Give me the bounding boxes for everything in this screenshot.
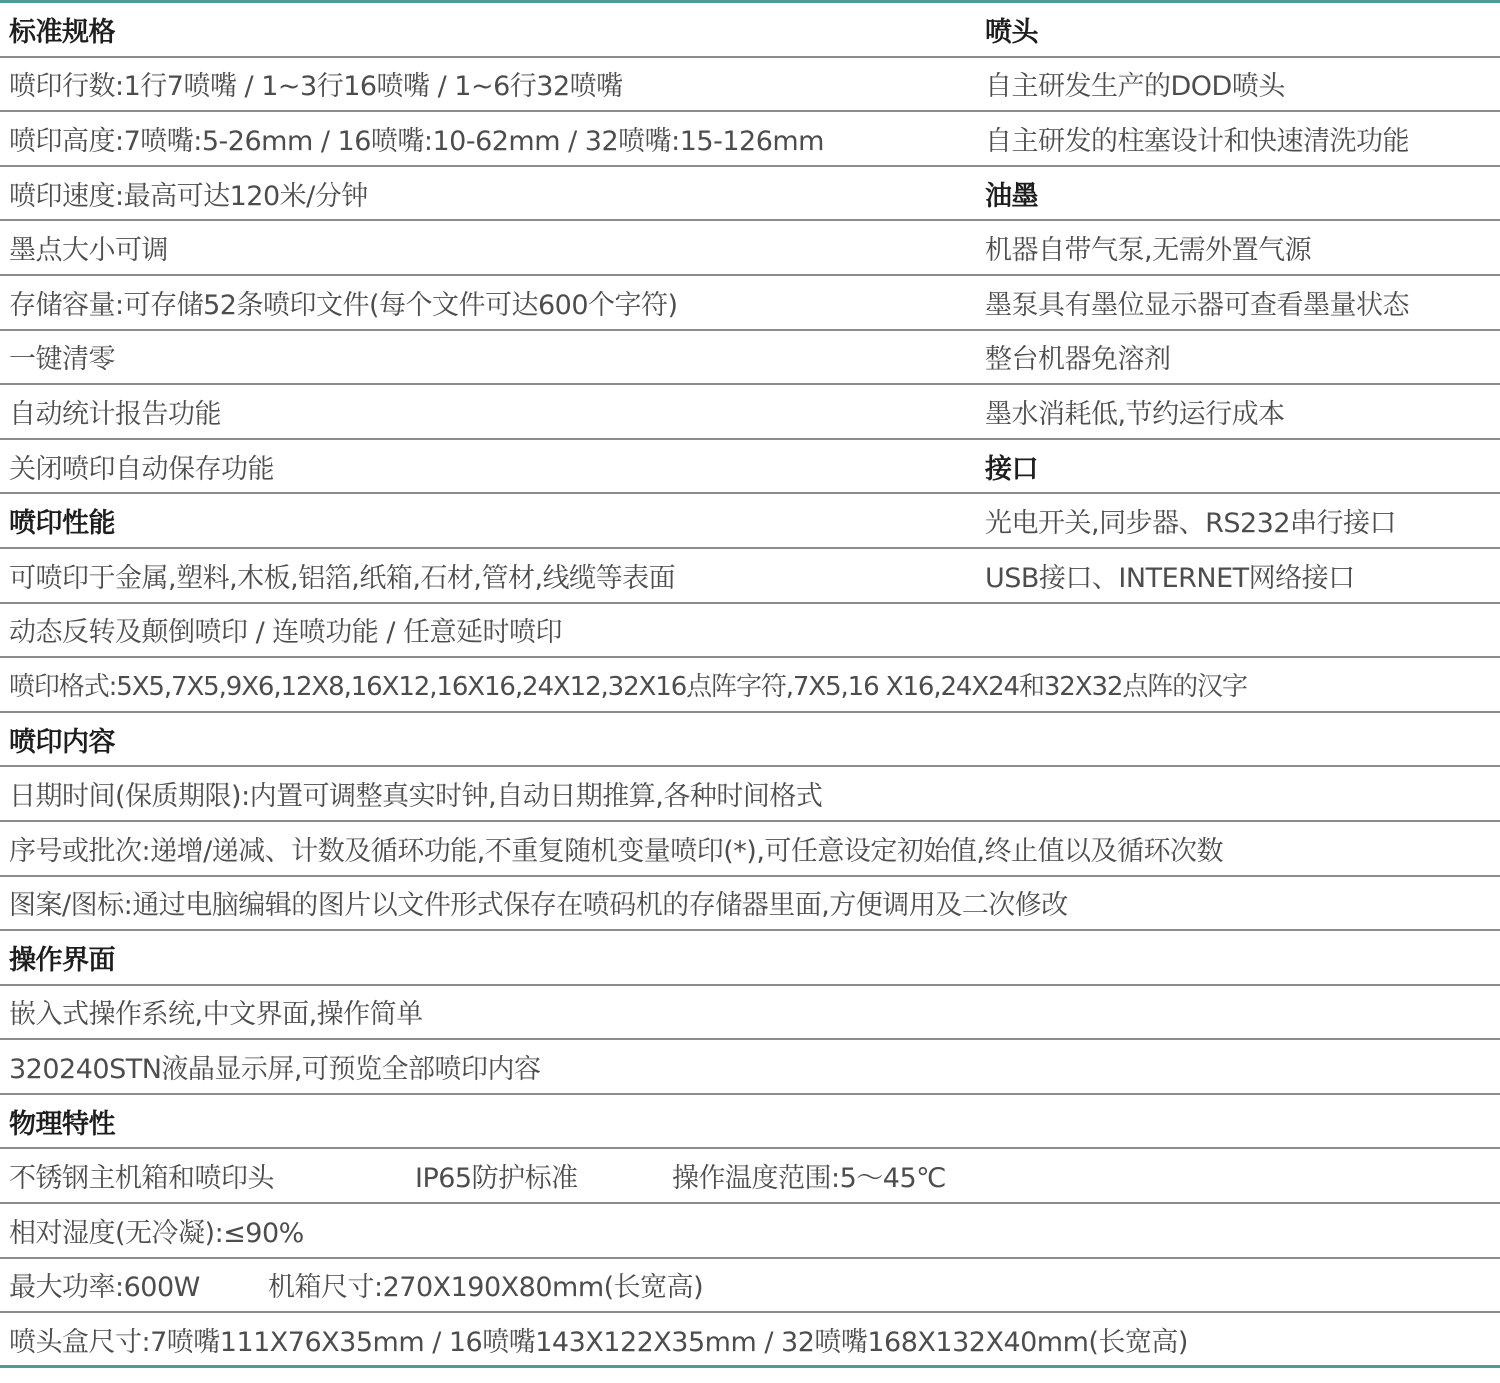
spec-row: 喷印格式:5X5,7X5,9X6,12X8,16X12,16X16,24X12,… bbox=[0, 658, 1500, 713]
spec-value: 不锈钢主机箱和喷印头 bbox=[9, 1149, 274, 1202]
section-heading: 油墨 bbox=[985, 167, 1038, 220]
spec-value: 机器自带气泵,无需外置气源 bbox=[985, 221, 1311, 274]
spec-value: 墨点大小可调 bbox=[9, 221, 168, 274]
spec-row: 自动统计报告功能墨水消耗低,节约运行成本 bbox=[0, 385, 1500, 440]
spec-value: 喷印格式:5X5,7X5,9X6,12X8,16X12,16X16,24X12,… bbox=[9, 658, 1247, 711]
spec-value: 存储容量:可存储52条喷印文件(每个文件可达600个字符) bbox=[9, 276, 678, 329]
spec-value: 喷头盒尺寸:7喷嘴111X76X35mm / 16喷嘴143X122X35mm … bbox=[9, 1313, 1188, 1365]
spec-row: 320240STN液晶显示屏,可预览全部喷印内容 bbox=[0, 1040, 1500, 1095]
spec-row: 喷印高度:7喷嘴:5-26mm / 16喷嘴:10-62mm / 32喷嘴:15… bbox=[0, 112, 1500, 167]
spec-row: 操作界面 bbox=[0, 931, 1500, 986]
section-heading: 接口 bbox=[985, 440, 1038, 493]
spec-value: 相对湿度(无冷凝):≤90% bbox=[9, 1204, 304, 1257]
spec-row: 喷印内容 bbox=[0, 713, 1500, 768]
spec-value: 操作温度范围:5～45℃ bbox=[672, 1149, 946, 1202]
spec-value: 墨泵具有墨位显示器可查看墨量状态 bbox=[985, 276, 1409, 329]
spec-value: 一键清零 bbox=[9, 331, 115, 384]
spec-value: 动态反转及颠倒喷印 / 连喷功能 / 任意延时喷印 bbox=[9, 604, 562, 657]
spec-value: 机箱尺寸:270X190X80mm(长宽高) bbox=[268, 1259, 703, 1312]
section-heading: 操作界面 bbox=[9, 931, 115, 984]
spec-row: 墨点大小可调机器自带气泵,无需外置气源 bbox=[0, 221, 1500, 276]
spec-value: 最大功率:600W bbox=[9, 1259, 200, 1312]
spec-row: 关闭喷印自动保存功能接口 bbox=[0, 440, 1500, 495]
spec-value: 序号或批次:递增/递减、计数及循环功能,不重复随机变量喷印(*),可任意设定初始… bbox=[9, 822, 1223, 875]
spec-value: 整台机器免溶剂 bbox=[985, 331, 1171, 384]
spec-row: 存储容量:可存储52条喷印文件(每个文件可达600个字符)墨泵具有墨位显示器可查… bbox=[0, 276, 1500, 331]
spec-row: 喷印速度:最高可达120米/分钟油墨 bbox=[0, 167, 1500, 222]
spec-value: 嵌入式操作系统,中文界面,操作简单 bbox=[9, 986, 423, 1039]
spec-value: USB接口、INTERNET网络接口 bbox=[985, 549, 1355, 602]
section-heading: 喷印性能 bbox=[9, 494, 115, 547]
spec-row: 物理特性 bbox=[0, 1095, 1500, 1150]
spec-value: 自动统计报告功能 bbox=[9, 385, 221, 438]
section-heading: 喷头 bbox=[985, 3, 1038, 56]
section-heading: 标准规格 bbox=[9, 3, 115, 56]
spec-value: 自主研发生产的DOD喷头 bbox=[985, 58, 1285, 111]
spec-row: 一键清零整台机器免溶剂 bbox=[0, 331, 1500, 386]
spec-row: 相对湿度(无冷凝):≤90% bbox=[0, 1204, 1500, 1259]
spec-value: 光电开关,同步器、RS232串行接口 bbox=[985, 494, 1396, 547]
spec-row: 标准规格喷头 bbox=[0, 3, 1500, 58]
spec-row: 最大功率:600W机箱尺寸:270X190X80mm(长宽高) bbox=[0, 1259, 1500, 1314]
spec-value: 喷印行数:1行7喷嘴 / 1~3行16喷嘴 / 1~6行32喷嘴 bbox=[9, 58, 623, 111]
section-heading: 喷印内容 bbox=[9, 713, 115, 766]
spec-table: 标准规格喷头喷印行数:1行7喷嘴 / 1~3行16喷嘴 / 1~6行32喷嘴自主… bbox=[0, 0, 1500, 1368]
spec-value: 自主研发的柱塞设计和快速清洗功能 bbox=[985, 112, 1409, 165]
spec-row: 喷印行数:1行7喷嘴 / 1~3行16喷嘴 / 1~6行32喷嘴自主研发生产的D… bbox=[0, 58, 1500, 113]
spec-value: IP65防护标准 bbox=[415, 1149, 578, 1202]
spec-row: 不锈钢主机箱和喷印头IP65防护标准操作温度范围:5～45℃ bbox=[0, 1149, 1500, 1204]
spec-row: 序号或批次:递增/递减、计数及循环功能,不重复随机变量喷印(*),可任意设定初始… bbox=[0, 822, 1500, 877]
spec-row: 动态反转及颠倒喷印 / 连喷功能 / 任意延时喷印 bbox=[0, 604, 1500, 659]
spec-value: 喷印速度:最高可达120米/分钟 bbox=[9, 167, 368, 220]
spec-value: 日期时间(保质期限):内置可调整真实时钟,自动日期推算,各种时间格式 bbox=[9, 767, 822, 820]
spec-value: 墨水消耗低,节约运行成本 bbox=[985, 385, 1285, 438]
spec-value: 320240STN液晶显示屏,可预览全部喷印内容 bbox=[9, 1040, 540, 1093]
spec-value: 关闭喷印自动保存功能 bbox=[9, 440, 274, 493]
spec-row: 喷印性能光电开关,同步器、RS232串行接口 bbox=[0, 494, 1500, 549]
spec-row: 嵌入式操作系统,中文界面,操作简单 bbox=[0, 986, 1500, 1041]
spec-value: 图案/图标:通过电脑编辑的图片以文件形式保存在喷码机的存储器里面,方便调用及二次… bbox=[9, 877, 1068, 930]
spec-value: 喷印高度:7喷嘴:5-26mm / 16喷嘴:10-62mm / 32喷嘴:15… bbox=[9, 112, 824, 165]
spec-row: 日期时间(保质期限):内置可调整真实时钟,自动日期推算,各种时间格式 bbox=[0, 767, 1500, 822]
spec-row: 可喷印于金属,塑料,木板,铝箔,纸箱,石材,管材,线缆等表面USB接口、INTE… bbox=[0, 549, 1500, 604]
spec-row: 喷头盒尺寸:7喷嘴111X76X35mm / 16喷嘴143X122X35mm … bbox=[0, 1313, 1500, 1368]
spec-row: 图案/图标:通过电脑编辑的图片以文件形式保存在喷码机的存储器里面,方便调用及二次… bbox=[0, 877, 1500, 932]
spec-value: 可喷印于金属,塑料,木板,铝箔,纸箱,石材,管材,线缆等表面 bbox=[9, 549, 675, 602]
section-heading: 物理特性 bbox=[9, 1095, 115, 1148]
